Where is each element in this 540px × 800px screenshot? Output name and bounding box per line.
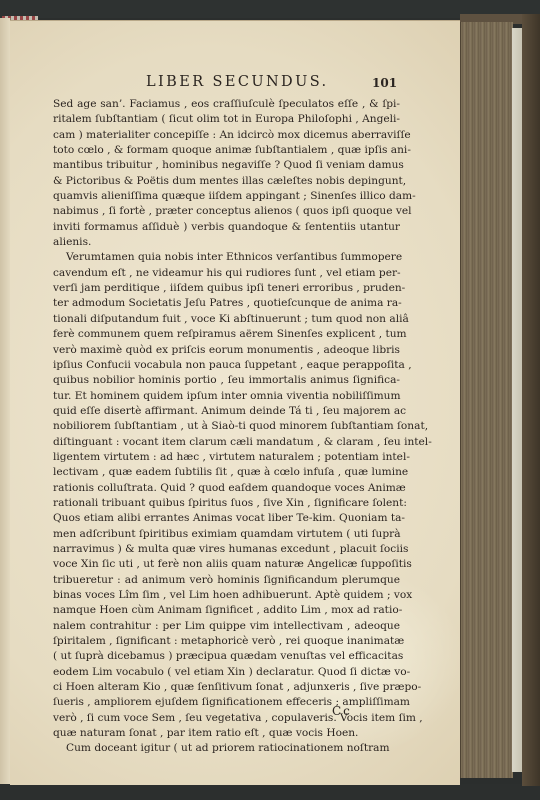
- running-head: LIBER SECUNDUS. 101: [50, 74, 400, 94]
- text-line: ter admodum Societatis Jeſu Patres , quo…: [53, 296, 400, 311]
- book-cover: [522, 14, 540, 786]
- text-line: ipſius Confucii vocabula non pauca ſuppe…: [53, 358, 400, 373]
- text-line: quid eſſe disertè affirmant. Animum dein…: [53, 404, 400, 419]
- text-line: rationis colluſtrata. Quid ? quod eaſdem…: [53, 481, 400, 496]
- text-line: mantibus tribuitur , hominibus negaviſſe…: [53, 158, 400, 173]
- text-line: ritalem ſubſtantiam ( ſicut olim tot in …: [53, 112, 400, 127]
- text-line: ſpiritalem , ſignificant : metaphoricè v…: [53, 634, 400, 649]
- text-line: toto cœlo , & formam quoque animæ ſubſta…: [53, 143, 400, 158]
- text-line: voce Xin ſic uti , ut ferè non aliis qua…: [53, 557, 400, 572]
- text-line: Verumtamen quia nobis inter Ethnicos ver…: [53, 250, 400, 265]
- text-line: & Pictoribus & Poëtis dum mentes illas c…: [53, 174, 400, 189]
- backdrop-bottom: [0, 784, 540, 800]
- text-line: verſi jam perditique , iiſdem quibus ipſ…: [53, 281, 400, 296]
- text-line: nabimus , ſi fortè , præter conceptus al…: [53, 204, 400, 219]
- text-line: quamvis alieniſſima quæque iiſdem apping…: [53, 189, 400, 204]
- body-text: Sed age san’. Faciamus , eos craſſiuſcul…: [53, 97, 400, 757]
- text-line: verò maximè quòd ex priſcis eorum monume…: [53, 343, 400, 358]
- book-scan: LIBER SECUNDUS. 101 Sed age san’. Faciam…: [0, 0, 540, 800]
- text-line: lectivam , quæ eadem ſubtilis ſit , quæ …: [53, 465, 400, 480]
- backdrop-top: [0, 0, 540, 18]
- text-line: binas voces Lîm ſim , vel Lim hoen adhib…: [53, 588, 400, 603]
- text-line: tribueretur : ad animum verò hominis ſig…: [53, 573, 400, 588]
- signature-mark: Cc: [332, 704, 352, 718]
- page-block-edge: [460, 22, 513, 778]
- text-line: inviti formamus aſſiduè ) verbis quandoq…: [53, 220, 400, 235]
- text-line: rationali tribuant quibus ſpiritus ſuos …: [53, 496, 400, 511]
- endpaper: [512, 28, 522, 772]
- text-line: tur. Et hominem quidem ipſum inter omnia…: [53, 389, 400, 404]
- text-line: Quos etiam alibi errantes Animas vocat l…: [53, 511, 400, 526]
- text-line: nalem contrahitur : per Lim quippe vim i…: [53, 619, 400, 634]
- text-line: ligentem virtutem : ad hæc , virtutem na…: [53, 450, 400, 465]
- text-line: quibus nobilior hominis portio , ſeu imm…: [53, 373, 400, 388]
- text-line: cam ) materialiter concepiſſe : An idcir…: [53, 128, 400, 143]
- text-line: ferè communem quem reſpiramus aërem Sine…: [53, 327, 400, 342]
- text-line: ( ut ſuprà dicebamus ) præcipua quædam v…: [53, 649, 400, 664]
- text-line: Cum doceant igitur ( ut ad priorem ratio…: [53, 741, 400, 756]
- text-line: nobiliorem ſubſtantiam , ut à Siaò-ti qu…: [53, 419, 400, 434]
- text-line: cavendum eſt , ne videamur his qui rudio…: [53, 266, 400, 281]
- text-line: tionali diſputandum fuit , voce Ki abſti…: [53, 312, 400, 327]
- text-line: men adſcribunt ſpiritibus eximiam quamda…: [53, 527, 400, 542]
- text-line: Sed age san’. Faciamus , eos craſſiuſcul…: [53, 97, 400, 112]
- text-line: quæ naturam ſonat , par item ratio eſt ,…: [53, 726, 400, 741]
- text-line: narravimus ) & multa quæ vires humanas e…: [53, 542, 400, 557]
- text-line: alienis.: [53, 235, 400, 250]
- text-line: eodem Lim vocabulo ( vel etiam Xin ) dec…: [53, 665, 400, 680]
- text-line: namque Hoen cùm Animam ſignificet , addi…: [53, 603, 400, 618]
- running-title: LIBER SECUNDUS.: [146, 74, 329, 90]
- text-line: ci Hoen alteram Kio , quæ ſenſitivum ſon…: [53, 680, 400, 695]
- page-number: 101: [372, 76, 397, 90]
- text-line: diſtinguant : vocant item clarum cæli ma…: [53, 435, 400, 450]
